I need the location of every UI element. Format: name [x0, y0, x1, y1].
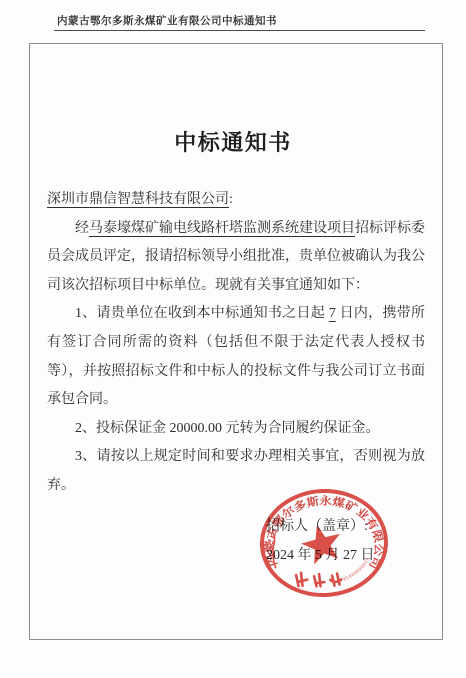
item-1-days: 7 — [329, 306, 336, 321]
header-title: 内蒙古鄂尔多斯永煤矿业有限公司中标通知书 — [57, 16, 277, 27]
item-1: 1、请贵单位在收到本中标通知书之日起 7 日内，携带所有签订合同所需的资料（包括… — [47, 300, 425, 414]
item-1-suffix: 日内，携带所有签订合同所需的资料（包括但不限于法定代表人授权书等），并按照招标文… — [47, 306, 425, 407]
item-2: 2、投标保证金 20000.00 元转为合同履约保证金。 — [47, 415, 425, 444]
intro-prefix: 经 — [75, 221, 89, 236]
stamp-mongolian-script — [296, 571, 341, 587]
project-name: 马泰壕煤矿输电线路杆塔监测系统建设项目 — [89, 221, 355, 236]
document-title: 中标通知书 — [0, 126, 466, 157]
addressee-company: 深圳市鼎信智慧科技有限公司 — [47, 192, 229, 207]
item-1-prefix: 1、请贵单位在收到本中标通知书之日起 — [75, 306, 329, 321]
star-icon — [298, 520, 346, 567]
header-rule — [54, 30, 425, 31]
intro-paragraph: 经马泰壕煤矿输电线路杆塔监测系统建设项目招标评标委员会成员评定，报请招标领导小组… — [47, 215, 425, 301]
document-page: 内蒙古鄂尔多斯永煤矿业有限公司中标通知书 中标通知书 深圳市鼎信智慧科技有限公司… — [0, 0, 466, 678]
document-body: 深圳市鼎信智慧科技有限公司: 经马泰壕煤矿输电线路杆塔监测系统建设项目招标评标委… — [47, 186, 425, 501]
addressee-colon: : — [229, 192, 233, 207]
document-header: 内蒙古鄂尔多斯永煤矿业有限公司中标通知书 — [57, 13, 277, 28]
addressee-line: 深圳市鼎信智慧科技有限公司: — [47, 186, 425, 215]
company-seal-stamp: 内蒙古鄂尔多斯永煤矿业有限公司 150000000184 — [256, 486, 392, 601]
